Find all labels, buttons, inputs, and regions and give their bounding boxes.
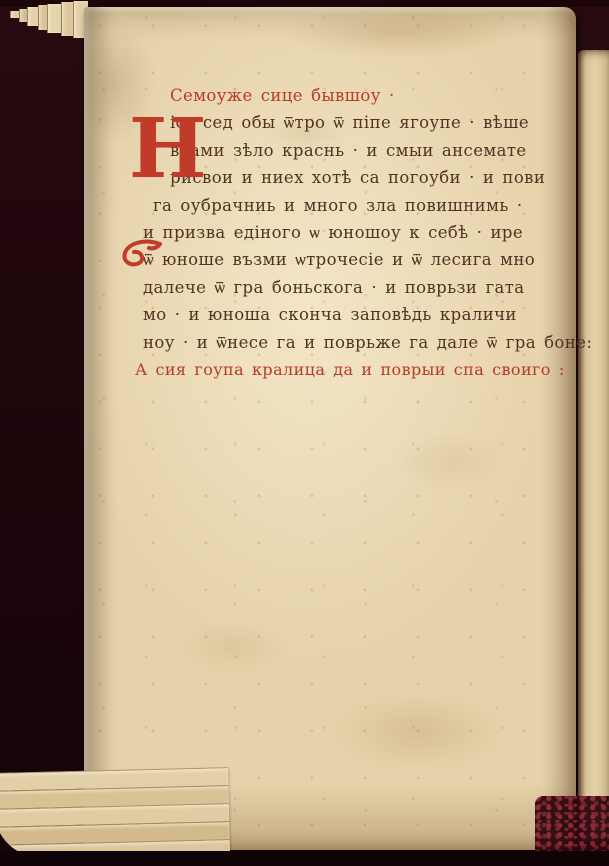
- book-photo: Семоуже сице бывшоу · Н ісь сед обы ѿтро…: [0, 0, 609, 866]
- page-edge-strip: [61, 2, 73, 36]
- text-line: ѿ юноше възми ѡтрочесіе и ѿ лесига мно: [133, 250, 559, 277]
- text-line: мо · и юноша сконча заповѣдь краличи: [133, 305, 559, 332]
- text-line: и призва едіного ѡ юношоу к себѣ · ире: [133, 223, 559, 250]
- page-stack-bottom-left: [0, 767, 230, 859]
- cover-bottom-edge: [0, 851, 609, 866]
- page-edge-strip: [10, 11, 19, 18]
- initial-flourish-icon: [121, 239, 163, 279]
- page-edge-strip: [27, 7, 38, 26]
- page-edge-grime: [84, 7, 110, 850]
- initial-letter: Н: [129, 112, 207, 187]
- cover-top-edge: [0, 0, 609, 7]
- text-line: га оубрачниь и много зла повишнимь ·: [133, 196, 559, 223]
- page-edge-strip: [47, 4, 61, 33]
- page-edge-strip: [19, 9, 27, 22]
- closing-rubric: А сия гоупа кралица да и поврыи спа свои…: [133, 360, 559, 387]
- text-block: Семоуже сице бывшоу · Н ісь сед обы ѿтро…: [133, 86, 559, 387]
- text-line: далече ѿ гра боньскога · и поврьзи гата: [133, 278, 559, 305]
- text-line: ноу · и ѿнесе га и поврьже га дале ѿ гра…: [133, 333, 559, 360]
- page-stack-left: [0, 0, 88, 40]
- facing-page-sliver: [578, 50, 609, 842]
- page-edge-strip: [38, 5, 47, 30]
